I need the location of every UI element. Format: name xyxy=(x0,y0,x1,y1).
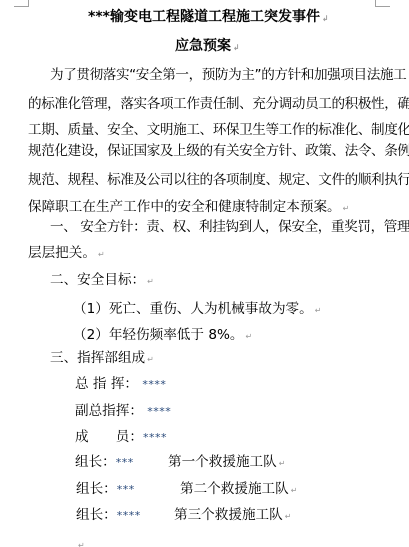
paragraph-mark-icon: ↵ xyxy=(245,332,252,341)
paragraph-mark-icon: ↵ xyxy=(285,512,292,521)
page-corner-mark-right xyxy=(375,0,390,7)
section1-line-1: 一、 安全方针：责、权、利挂钩到人，保安全，重奖罚，管理 xyxy=(50,218,409,236)
subtitle-text: 应急预案 xyxy=(175,38,231,54)
paragraph-mark-icon: ↵ xyxy=(147,355,154,364)
section2-item-2-text: （2）年轻伤频率低于 8%。 xyxy=(73,327,243,343)
section2-item-1: （1）死亡、重伤、人为机械事故为零。↵ xyxy=(73,300,321,320)
paragraph-mark-icon: ↵ xyxy=(98,250,105,259)
paragraph-mark-icon: ↵ xyxy=(343,204,350,213)
intro-line-6: 保障职工在生产工作中的安全和健康特制定本预案。↵ xyxy=(28,198,349,218)
intro-line-5: 规范、规程、标准及公司以往的各项制度、规定、文件的顺利执行， xyxy=(28,171,409,189)
role-label: 成 员： xyxy=(75,429,143,445)
team-2-name: 第二个救援施工队↵ xyxy=(180,480,297,500)
section2-heading-text: 二、安全目标： xyxy=(50,272,145,288)
team-name-text: 第三个救援施工队 xyxy=(174,507,283,523)
team-3-name: 第三个救援施工队↵ xyxy=(174,506,291,526)
role-name: **** xyxy=(147,405,171,418)
section2-heading: 二、安全目标：↵ xyxy=(50,271,154,291)
section1-line-2-text: 层层把关。 xyxy=(28,245,96,261)
paragraph-mark-icon: ↵ xyxy=(279,459,286,468)
paragraph-mark-icon: ↵ xyxy=(315,306,322,315)
role-name: **** xyxy=(142,378,166,391)
paragraph-mark-icon: ↲ xyxy=(322,14,329,23)
intro-line-1: 为了贯彻落实“安全第一，预防为主”的方针和加强项目法施工 xyxy=(50,66,406,84)
section3-heading-text: 三、指挥部组成 xyxy=(50,350,145,366)
intro-line-2: 的标准化管理，落实各项工作责任制、充分调动员工的积极性，确保 xyxy=(28,95,409,113)
empty-paragraph: ↵ xyxy=(76,535,85,547)
intro-line-4: 规范化建设，保证国家及上级的有关安全方针、政策、法令、条例、 xyxy=(28,142,409,160)
team-leader-label: 组长： xyxy=(76,507,117,523)
team-leader-name: *** xyxy=(117,483,135,496)
team-leader-label: 组长： xyxy=(75,454,116,470)
document-title: ***输变电工程隧道工程施工突发事件↲ xyxy=(88,8,329,28)
team-leader-2: 组长：*** xyxy=(76,480,135,499)
section3-heading: 三、指挥部组成↵ xyxy=(50,349,154,369)
paragraph-mark-icon: ↲ xyxy=(233,43,240,52)
role-name: **** xyxy=(143,431,167,444)
paragraph-mark-icon: ↵ xyxy=(78,541,85,547)
team-leader-1: 组长：*** xyxy=(75,453,134,472)
intro-line-3: 工期、质量、安全、文明施工、环保卫生等工作的标准化、制度化、 xyxy=(28,121,409,139)
team-leader-label: 组长： xyxy=(76,481,117,497)
role-label: 总 指 挥： xyxy=(75,376,138,392)
role-label: 副总指挥： xyxy=(75,403,143,419)
page-corner-mark-left xyxy=(14,0,29,7)
team-1-name: 第一个救援施工队↵ xyxy=(168,453,285,473)
team-name-text: 第二个救援施工队 xyxy=(180,481,289,497)
team-leader-name: *** xyxy=(116,456,134,469)
title-text: ***输变电工程隧道工程施工突发事件 xyxy=(88,9,320,25)
section1-line-2: 层层把关。↵ xyxy=(28,244,105,264)
document-subtitle: 应急预案↲ xyxy=(175,37,240,57)
paragraph-mark-icon: ↵ xyxy=(291,486,298,495)
paragraph-mark-icon: ↵ xyxy=(147,277,154,286)
role-deputy-commander: 副总指挥： **** xyxy=(75,402,171,421)
intro-line-6-text: 保障职工在生产工作中的安全和健康特制定本预案。 xyxy=(28,199,341,215)
role-commander: 总 指 挥： **** xyxy=(75,375,166,394)
section2-item-2: （2）年轻伤频率低于 8%。↵ xyxy=(73,326,252,346)
role-members: 成 员：**** xyxy=(75,428,167,447)
section2-item-1-text: （1）死亡、重伤、人为机械事故为零。 xyxy=(73,301,313,317)
team-name-text: 第一个救援施工队 xyxy=(168,454,277,470)
team-leader-name: **** xyxy=(117,509,141,522)
team-leader-3: 组长：**** xyxy=(76,506,141,525)
